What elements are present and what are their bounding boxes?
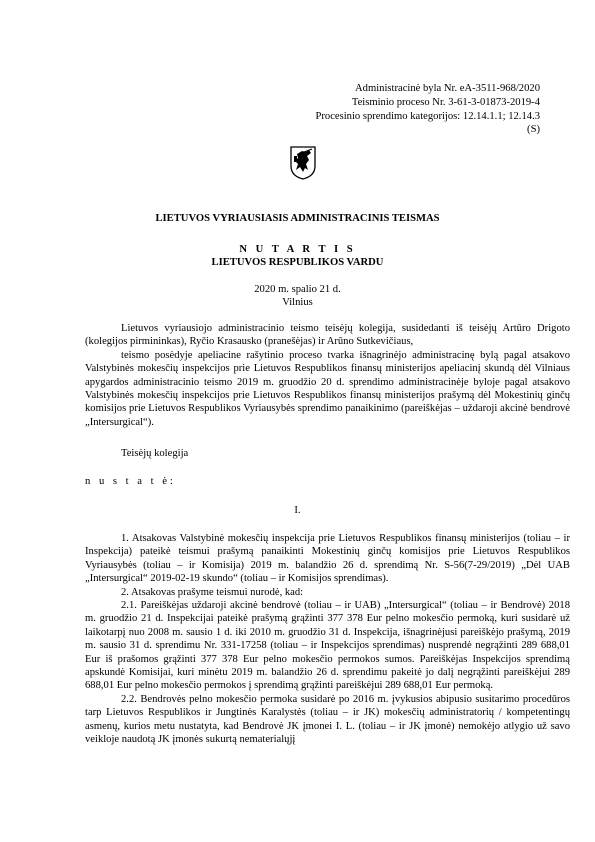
main-text: 1. Atsakovas Valstybinė mokesčių inspekc… [85, 532, 570, 747]
process-number: Teisminio proceso Nr. 3-61-3-01873-2019-… [315, 96, 540, 110]
document-page: Administracinė byla Nr. eA-3511-968/2020… [0, 0, 595, 842]
document-date: 2020 m. spalio 21 d. [0, 283, 595, 297]
document-title: N U T A R T I S [0, 243, 595, 257]
case-number: Administracinė byla Nr. eA-3511-968/2020 [315, 82, 540, 96]
paragraph: 2. Atsakovas prašyme teismui nurodė, kad… [85, 586, 570, 599]
established-label: n u s t a t ė: [85, 475, 570, 488]
case-metadata: Administracinė byla Nr. eA-3511-968/2020… [315, 82, 540, 137]
panel-label: Teisėjų kolegija [85, 447, 570, 460]
court-name: LIETUVOS VYRIAUSIASIS ADMINISTRACINIS TE… [0, 212, 595, 226]
paragraph: 2.1. Pareiškėjas uždaroji akcinė bendrov… [85, 599, 570, 693]
intro-paragraph: Lietuvos vyriausiojo administracinio tei… [85, 322, 570, 349]
document-subtitle: LIETUVOS RESPUBLIKOS VARDU [0, 256, 595, 270]
paragraph: 2.2. Bendrovės pelno mokesčio permoka su… [85, 693, 570, 747]
intro-paragraph: teismo posėdyje apeliacine rašytinio pro… [85, 349, 570, 429]
document-city: Vilnius [0, 296, 595, 310]
paragraph: 1. Atsakovas Valstybinė mokesčių inspekc… [85, 532, 570, 586]
intro-section: Lietuvos vyriausiojo administracinio tei… [85, 322, 570, 429]
decision-categories: Procesinio sprendimo kategorijos: 12.14.… [315, 110, 540, 124]
document-code: (S) [315, 123, 540, 137]
lithuania-coat-of-arms-icon [290, 146, 316, 180]
section-heading: I. [0, 504, 595, 518]
